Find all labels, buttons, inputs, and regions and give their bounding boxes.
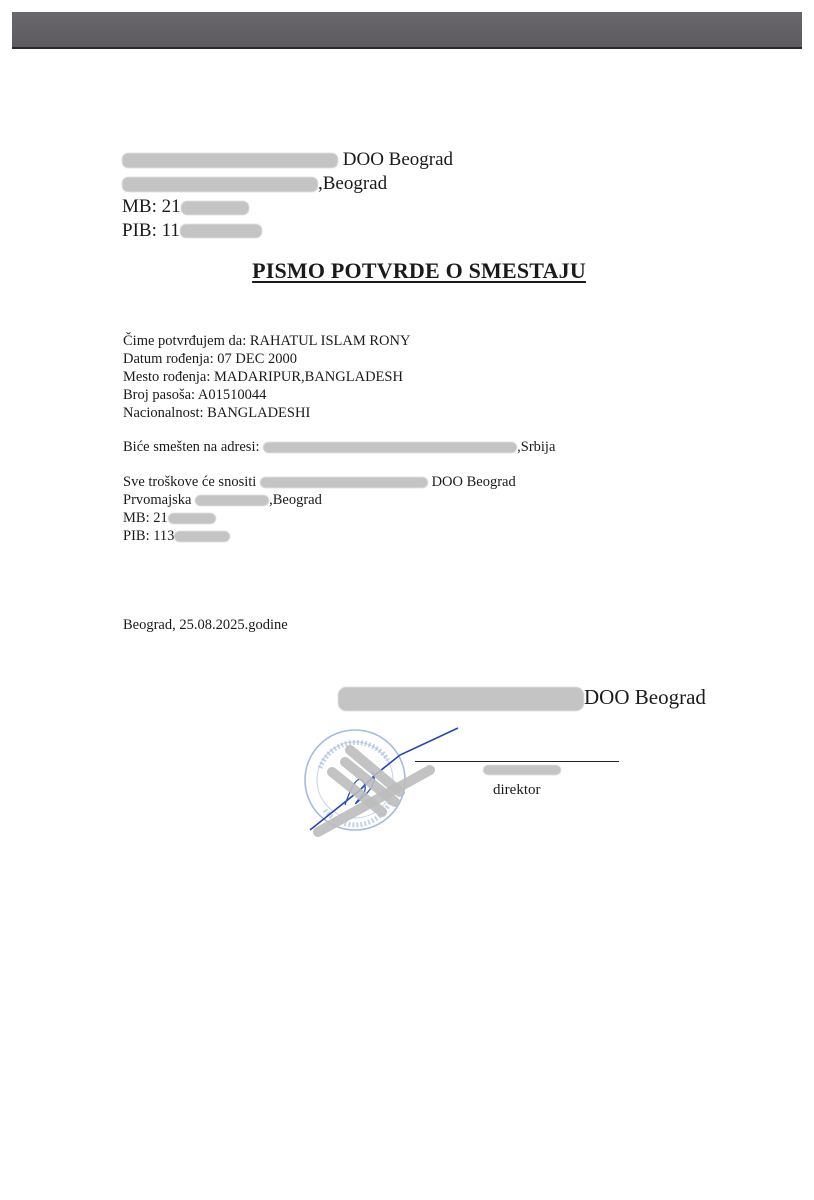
person-birthplace-line: Mesto rođenja: MADARIPUR,BANGLADESH xyxy=(123,368,410,386)
person-birthplace-label: Mesto rođenja: xyxy=(123,369,210,385)
signature-line xyxy=(415,761,619,762)
sender-mb-value: 21 xyxy=(162,196,181,217)
payer-company-suffix: DOO Beograd xyxy=(432,474,516,490)
redacted-sender-pib xyxy=(180,224,262,238)
accommodation-text: Biće smešten na adresi: ,Srbija xyxy=(123,438,555,456)
person-details: Čime potvrđujem da: RAHATUL ISLAM RONY D… xyxy=(123,332,410,422)
sender-mb-label: MB: xyxy=(122,196,157,217)
person-nationality-line: Nacionalnost: BANGLADESHI xyxy=(123,404,410,422)
scanner-edge-bar xyxy=(12,12,802,49)
redacted-signature-company xyxy=(338,687,584,711)
person-nationality: BANGLADESHI xyxy=(207,405,310,421)
person-dob-label: Datum rođenja: xyxy=(123,351,214,367)
person-passport: A01510044 xyxy=(198,387,266,403)
signature-company-line: DOO Beograd xyxy=(338,685,706,711)
official-stamp-icon xyxy=(300,720,460,840)
sender-company-line: DOO Beograd xyxy=(122,148,453,172)
payer-pib-value: 113 xyxy=(153,528,174,544)
payer-street: Prvomajska xyxy=(123,492,191,508)
person-nationality-label: Nacionalnost: xyxy=(123,405,204,421)
date-place-line: Beograd, 25.08.2025.godine xyxy=(123,616,288,634)
person-dob: 07 DEC 2000 xyxy=(217,351,297,367)
payer-details: Sve troškove će snositi DOO Beograd Prvo… xyxy=(123,473,516,545)
payer-pib-line: PIB: 113 xyxy=(123,527,516,545)
director-title: direktor xyxy=(493,782,540,799)
redacted-sender-mb xyxy=(181,201,249,215)
redacted-accommodation-address xyxy=(263,442,517,453)
person-passport-line: Broj pasoša: A01510044 xyxy=(123,386,410,404)
accommodation-suffix: ,Srbija xyxy=(517,439,555,455)
sender-mb-line: MB: 21 xyxy=(122,195,453,219)
sender-pib-value: 11 xyxy=(162,220,180,241)
person-dob-line: Datum rođenja: 07 DEC 2000 xyxy=(123,350,410,368)
sender-address-line: ,Beograd xyxy=(122,172,453,196)
payer-mb-line: MB: 21 xyxy=(123,509,516,527)
person-intro-label: Čime potvrđujem da: xyxy=(123,333,246,349)
sender-company-suffix: DOO Beograd xyxy=(343,149,453,170)
redacted-payer-address xyxy=(195,495,269,506)
sender-address-suffix: ,Beograd xyxy=(318,173,387,194)
person-name: RAHATUL ISLAM RONY xyxy=(250,333,411,349)
payer-pib-label: PIB: xyxy=(123,528,150,544)
payer-label: Sve troškove će snositi xyxy=(123,474,256,490)
redacted-payer-pib xyxy=(174,531,230,542)
person-name-line: Čime potvrđujem da: RAHATUL ISLAM RONY xyxy=(123,332,410,350)
document-title: PISMO POTVRDE O SMESTAJU xyxy=(0,258,814,284)
redacted-sender-address xyxy=(122,177,318,192)
redacted-director-name xyxy=(483,765,561,775)
accommodation-label: Biće smešten na adresi: xyxy=(123,439,260,455)
payer-address-line: Prvomajska ,Beograd xyxy=(123,491,516,509)
redacted-payer-mb xyxy=(168,513,216,524)
sender-header: DOO Beograd ,Beograd MB: 21 PIB: 11 xyxy=(122,148,453,242)
person-birthplace: MADARIPUR,BANGLADESH xyxy=(214,369,403,385)
person-passport-label: Broj pasoša: xyxy=(123,387,195,403)
payer-mb-value: 21 xyxy=(153,510,168,526)
accommodation-line: Biće smešten na adresi: ,Srbija xyxy=(123,438,555,456)
sender-pib-line: PIB: 11 xyxy=(122,219,453,243)
redacted-company-name xyxy=(122,153,338,168)
signature-company-suffix: DOO Beograd xyxy=(584,685,706,709)
sender-pib-label: PIB: xyxy=(122,220,157,241)
payer-mb-label: MB: xyxy=(123,510,150,526)
payer-address-suffix: ,Beograd xyxy=(269,492,322,508)
payer-company-line: Sve troškove će snositi DOO Beograd xyxy=(123,473,516,491)
redacted-payer-company xyxy=(260,477,428,488)
